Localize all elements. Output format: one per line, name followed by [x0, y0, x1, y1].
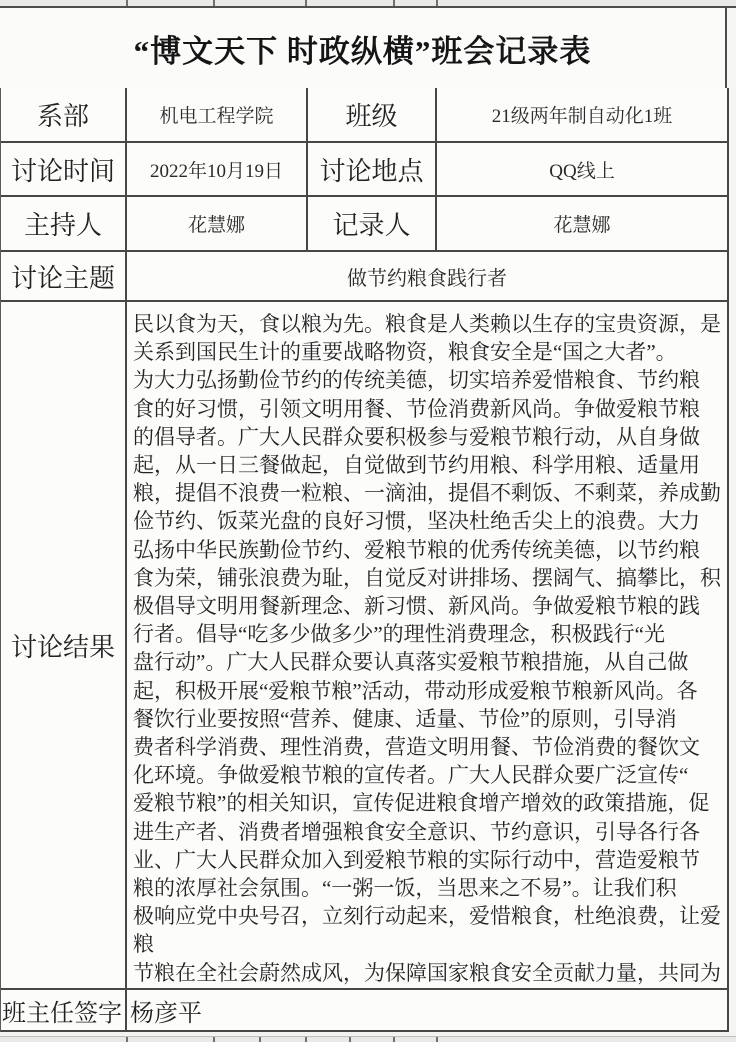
discussion-time-value: 2022年10月19日 [127, 143, 308, 195]
table-gridline-fragment [126, 0, 128, 6]
discussion-topic-label: 讨论主题 [1, 252, 127, 300]
table-gridline-fragment [393, 1037, 395, 1042]
next-row-fill [0, 1036, 736, 1042]
department-value: 机电工程学院 [127, 88, 308, 141]
meeting-record-table: 系部 机电工程学院 班级 21级两年制自动化1班 讨论时间 2022年10月19… [0, 88, 729, 1032]
next-row-edge [0, 1032, 736, 1042]
head-teacher-signature-label: 班主任签字 [1, 990, 127, 1030]
table-row-topic: 讨论主题 做节约粮食践行者 [1, 252, 727, 302]
recorder-value: 花慧娜 [437, 197, 727, 250]
table-row-department-class: 系部 机电工程学院 班级 21级两年制自动化1班 [1, 88, 727, 143]
table-row-host-recorder: 主持人 花慧娜 记录人 花慧娜 [1, 197, 727, 252]
class-value: 21级两年制自动化1班 [437, 88, 727, 141]
table-row-time-place: 讨论时间 2022年10月19日 讨论地点 QQ线上 [1, 143, 727, 197]
discussion-time-label: 讨论时间 [1, 143, 127, 195]
table-gridline-fragment [213, 0, 215, 6]
table-gridline-fragment [213, 1037, 215, 1042]
recorder-label: 记录人 [308, 197, 437, 250]
scanned-meeting-record-sheet: “博文天下 时政纵横”班会记录表 系部 机电工程学院 班级 21级两年制自动化1… [0, 0, 736, 1042]
discussion-place-label: 讨论地点 [308, 143, 437, 195]
table-gridline-fragment [259, 1037, 261, 1042]
table-gridline-fragment [436, 1037, 438, 1042]
table-gridline-fragment [393, 0, 395, 6]
table-gridline-fragment [305, 1037, 307, 1042]
department-label: 系部 [1, 88, 127, 141]
table-gridline-fragment [436, 0, 438, 6]
previous-row-edge [0, 0, 736, 8]
title-block: “博文天下 时政纵横”班会记录表 [0, 8, 727, 88]
table-row-signature: 班主任签字 杨彦平 [1, 990, 727, 1032]
head-teacher-signature-value: 杨彦平 [127, 990, 727, 1030]
discussion-result-text: 民以食为天，食以粮为先。粮食是人类赖以生存的宝贵资源，是 关系到国民生计的重要战… [127, 302, 727, 988]
discussion-result-label: 讨论结果 [1, 302, 127, 988]
discussion-place-value: QQ线上 [437, 143, 727, 195]
host-label: 主持人 [1, 197, 127, 250]
table-gridline-fragment [349, 1037, 351, 1042]
class-label: 班级 [308, 88, 437, 141]
table-gridline-fragment [126, 1037, 128, 1042]
table-row-result: 讨论结果 民以食为天，食以粮为先。粮食是人类赖以生存的宝贵资源，是 关系到国民生… [1, 302, 727, 990]
page-title: “博文天下 时政纵横”班会记录表 [134, 26, 592, 71]
host-value: 花慧娜 [127, 197, 308, 250]
table-gridline-fragment [305, 0, 307, 6]
discussion-topic-value: 做节约粮食践行者 [127, 252, 727, 300]
